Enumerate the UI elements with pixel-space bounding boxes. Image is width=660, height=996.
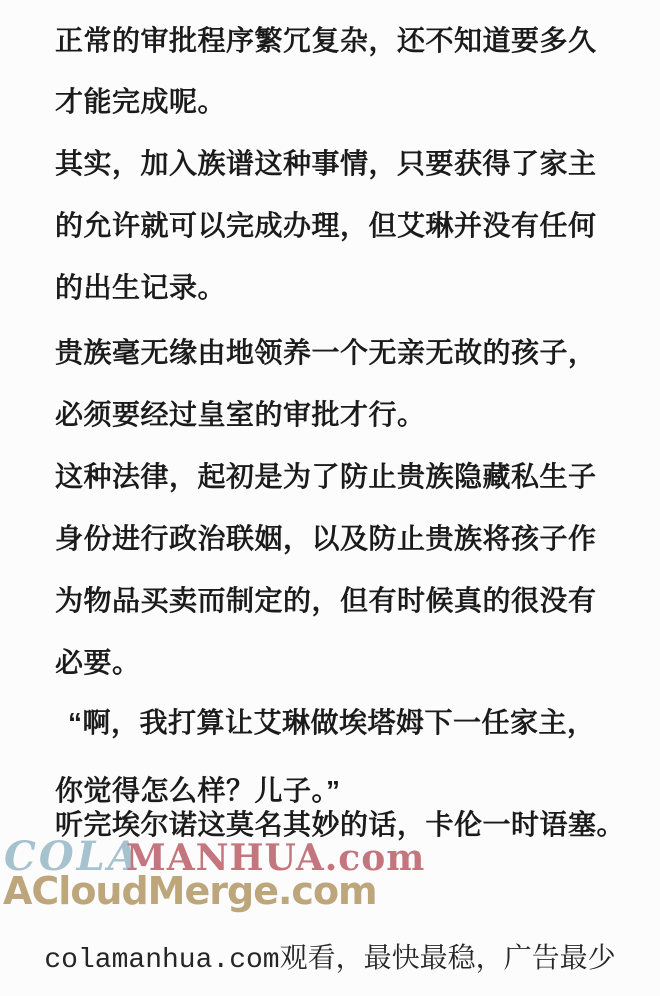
narration-line: 才能完成呢。 [55,86,226,118]
narration-line: 这种法律，起初是为了防止贵族隐藏私生子 [55,461,597,493]
narration-line: 贵族毫无缘由地领养一个无亲无故的孩子， [55,337,597,369]
dialogue-line: 你觉得怎么样？儿子。” [55,775,341,807]
narration-line: 其实，加入族谱这种事情，只要获得了家主 [55,148,597,180]
comic-page: 正常的审批程序繁冗复杂，还不知道要多久 才能完成呢。 其实，加入族谱这种事情，只… [0,0,660,996]
narration-line: 身份进行政治联姻，以及防止贵族将孩子作 [55,523,597,555]
narration-line: 必要。 [55,647,141,679]
narration-line: 必须要经过皇室的审批才行。 [55,399,426,431]
narration-line: 正常的审批程序繁冗复杂，还不知道要多久 [55,25,597,57]
watermark-acloudmerge: ACloudMerge.com [3,869,377,913]
dialogue-line: “啊，我打算让艾琳做埃塔姆下一任家主， [68,707,596,739]
narration-line: 的允许就可以完成办理，但艾琳并没有任何 [55,210,597,242]
site-promo-text: colamanhua.com观看，最快最稳，广告最少 [0,936,660,976]
narration-line: 为物品买卖而制定的，但有时候真的很没有 [55,585,597,617]
narration-line: 的出生记录。 [55,272,226,304]
